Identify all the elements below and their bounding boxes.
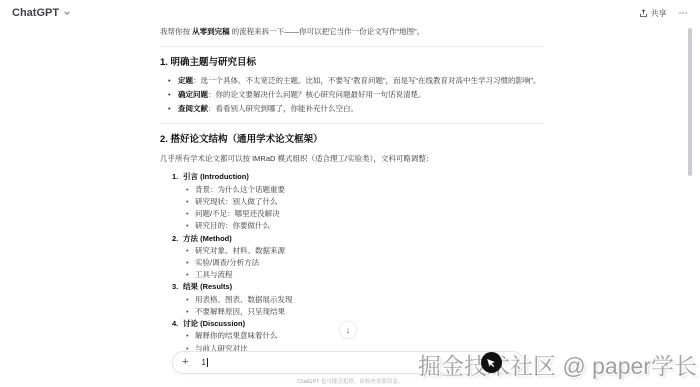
share-button[interactable]: 共享 <box>639 8 667 19</box>
share-icon <box>639 9 648 18</box>
more-options-button[interactable]: ⋯ <box>679 8 689 19</box>
section1-bullets: 定题：选一个具体、不太宽泛的主题。比如，不要写“教育问题”，而是写“在线教育对高… <box>160 75 544 115</box>
header-actions: 共享 ⋯ <box>639 8 689 19</box>
list-item: 确定问题：你的论文要解决什么问题？核心研究问题最好用一句话说清楚。 <box>178 89 544 102</box>
message-input[interactable]: 1 <box>201 358 205 367</box>
list-item: 解释你的结果意味着什么 <box>195 330 544 342</box>
section2-heading: 2. 搭好论文结构（通用学术论文框架） <box>160 134 544 146</box>
scrollbar[interactable] <box>688 28 692 176</box>
list-item: 研究对象、材料、数据来源 <box>195 245 544 257</box>
outline-item: 2.方法 (Method) 研究对象、材料、数据来源 实验/调查/分析方法 工具… <box>172 233 544 282</box>
model-switcher[interactable]: ChatGPT <box>12 7 71 19</box>
divider <box>160 46 544 47</box>
assistant-message: 论文的写作其实可以拆成几个清晰的阶段，每一步都有“套路”，跟着做就不会乱。 我帮… <box>160 12 544 355</box>
list-item: 用表格、图表、数据展示发现 <box>195 294 544 306</box>
text-caret <box>207 358 208 367</box>
outline-item: 3.结果 (Results) 用表格、图表、数据展示发现 不要解释原因，只呈现结… <box>172 281 544 318</box>
chevron-down-icon <box>63 9 71 17</box>
cursor-arrow-icon <box>484 355 500 371</box>
intro-line2-pre: 我帮你按 <box>160 27 192 36</box>
list-item: 背景：为什么这个话题重要 <box>195 184 544 196</box>
intro-line2-post: 的流程来拆一下——你可以把它当作一份论文写作“地图”。 <box>230 27 425 36</box>
list-item: 研究现状：别人做了什么 <box>195 196 544 208</box>
intro-line2-bold: 从零到完稿 <box>192 27 230 36</box>
list-item: 定题：选一个具体、不太宽泛的主题。比如，不要写“教育问题”，而是写“在线教育对高… <box>178 75 544 88</box>
arrow-down-icon: ↓ <box>346 325 351 335</box>
list-item: 查阅文献：看看别人研究到哪了，你能补充什么空白。 <box>178 103 544 116</box>
list-item: 不要解释原因，只呈现结果 <box>195 306 544 318</box>
section2-intro: 几乎所有学术论文都可以按 IMRaD 模式组织（适合理工/实验类），文科可略调整… <box>160 152 544 165</box>
section1-heading: 1. 明确主题与研究目标 <box>160 57 544 69</box>
header: ChatGPT 共享 ⋯ <box>0 0 700 26</box>
list-item: 工具与流程 <box>195 269 544 281</box>
watermark-text: 掘金技术社区 @ paper学长 <box>418 348 697 381</box>
list-item: 研究目的：你要做什么 <box>195 220 544 232</box>
mouse-cursor-badge <box>481 352 502 373</box>
outline-item: 1.引言 (Introduction) 背景：为什么这个话题重要 研究现状：别人… <box>172 171 544 232</box>
app-title-label: ChatGPT <box>12 7 59 19</box>
list-item: 问题/不足：哪里还没解决 <box>195 208 544 220</box>
list-item: 实验/调查/分析方法 <box>195 257 544 269</box>
share-label: 共享 <box>651 8 667 19</box>
divider <box>160 123 544 124</box>
attach-plus-button[interactable]: + <box>182 357 188 368</box>
scroll-to-bottom-button[interactable]: ↓ <box>340 322 356 338</box>
